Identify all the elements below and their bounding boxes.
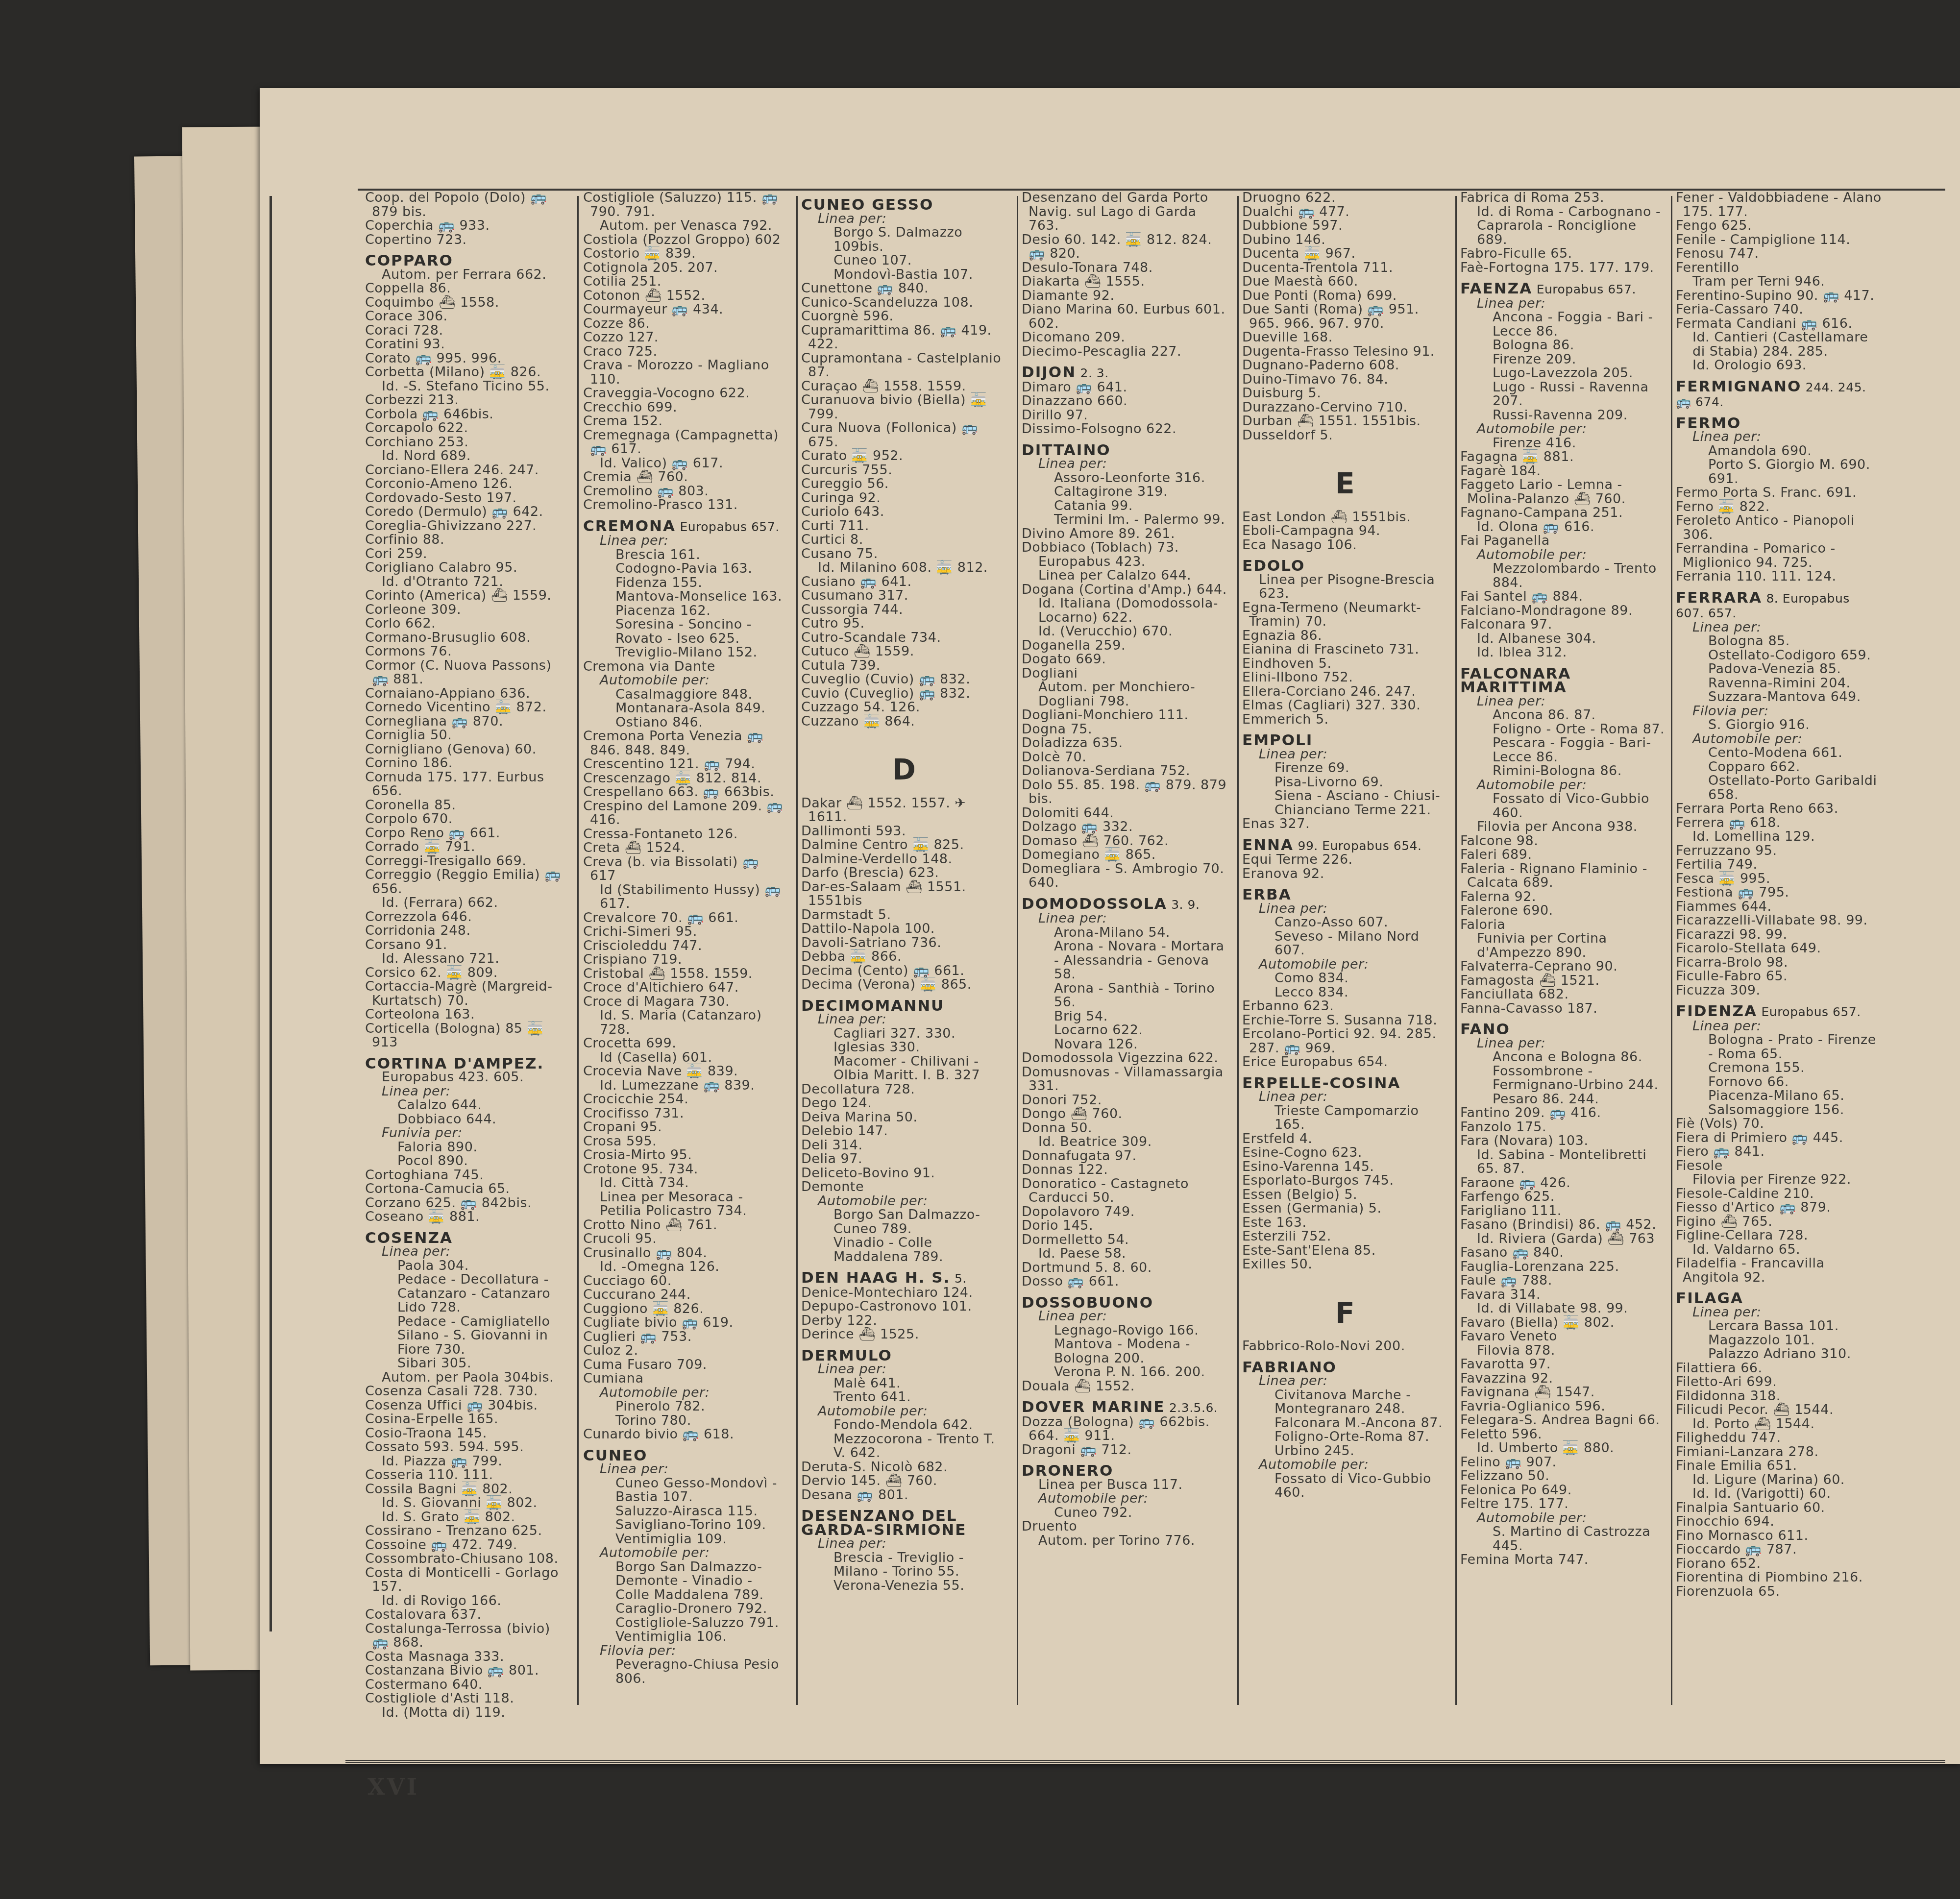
index-sub-entry: Lugo - Russi - Ravenna 207. bbox=[1460, 381, 1666, 409]
index-entry: Dattilo-Napola 100. bbox=[801, 922, 1007, 936]
index-entry: Crotone 95. 734. bbox=[583, 1163, 789, 1177]
index-entry: Ferrania 110. 111. 124. bbox=[1676, 570, 1882, 584]
index-entry: Cupramontana - Castelplanio 87. bbox=[801, 352, 1007, 380]
index-sub-entry: Id. d'Otranto 721. bbox=[365, 575, 571, 589]
index-entry: Costigliole d'Asti 118. bbox=[365, 1692, 571, 1706]
index-entry: Cuzzano 🚋 864. bbox=[801, 715, 1007, 729]
index-entry: Due Santi (Roma) 🚌 951. 965. 966. 967. 9… bbox=[1242, 303, 1448, 331]
index-entry: Criscioleddu 747. bbox=[583, 939, 789, 953]
index-entry: Duisburg 5. bbox=[1242, 387, 1448, 401]
index-sub-entry: Padova-Venezia 85. bbox=[1676, 662, 1882, 677]
index-entry: Decima (Cento) 🚌 661. bbox=[801, 964, 1007, 978]
index-entry: Cornegliana 🚌 870. bbox=[365, 715, 571, 729]
index-entry: Donna 50. bbox=[1022, 1121, 1227, 1136]
station-heading: EDOLO bbox=[1242, 559, 1448, 573]
index-entry: Cuggiono 🚋 826. bbox=[583, 1302, 789, 1316]
index-entry: Fino Mornasco 611. bbox=[1676, 1529, 1882, 1543]
station-heading-name: FERMIGNANO bbox=[1676, 378, 1801, 395]
index-entry: Falerna 92. bbox=[1460, 890, 1666, 904]
index-entry: Crichi-Simeri 95. bbox=[583, 925, 789, 939]
station-heading-name: FERRARA bbox=[1676, 589, 1762, 607]
index-entry: Fiorano 652. bbox=[1676, 1557, 1882, 1571]
index-entry: Craveggia-Vocogno 622. bbox=[583, 387, 789, 401]
index-sub-entry: Ostiano 846. bbox=[583, 716, 789, 730]
index-sub-entry: Linea per: bbox=[365, 1245, 571, 1259]
index-sub-entry: Id. Città 734. bbox=[583, 1176, 789, 1191]
index-sub-entry: Locarno 622. bbox=[1022, 1023, 1227, 1038]
index-sub-entry: Automobile per: bbox=[1242, 958, 1448, 972]
index-entry: Dakar ⛴ 1552. 1557. ✈ 1611. bbox=[801, 797, 1007, 825]
index-entry: Fara (Novara) 103. bbox=[1460, 1134, 1666, 1148]
index-sub-entry: Id. (Motta di) 119. bbox=[365, 1706, 571, 1720]
station-heading: DITTAINO bbox=[1022, 443, 1227, 458]
index-entry: Corace 306. bbox=[365, 310, 571, 324]
index-entry: Felonica Po 649. bbox=[1460, 1484, 1666, 1498]
index-entry: Due Maestà 660. bbox=[1242, 275, 1448, 289]
index-sub-entry: Trieste Campomarzio 165. bbox=[1242, 1104, 1448, 1132]
index-entry: Falvaterra-Ceprano 90. bbox=[1460, 960, 1666, 974]
index-entry: Fabrica di Roma 253. bbox=[1460, 191, 1666, 205]
index-sub-entry: Mondovì-Bastia 107. bbox=[801, 268, 1007, 282]
index-entry: Fai Paganella bbox=[1460, 534, 1666, 548]
column-divider bbox=[1237, 196, 1239, 1705]
index-entry: Crema 152. bbox=[583, 414, 789, 429]
index-sub-entry: Id. Albanese 304. bbox=[1460, 632, 1666, 646]
index-entry: Derince ⛴ 1525. bbox=[801, 1328, 1007, 1342]
index-entry: Ducenta-Trentola 711. bbox=[1242, 261, 1448, 275]
index-entry: Faleria - Rignano Flaminio - Calcata 689… bbox=[1460, 862, 1666, 890]
index-entry: Cormano-Brusuglio 608. bbox=[365, 631, 571, 645]
index-entry: Felizzano 50. bbox=[1460, 1469, 1666, 1484]
index-entry: Cugliate bivio 🚌 619. bbox=[583, 1316, 789, 1330]
index-entry: Esterzili 752. bbox=[1242, 1230, 1448, 1244]
index-entry: Fagagna 🚋 881. bbox=[1460, 450, 1666, 464]
index-entry: Esine-Cogno 623. bbox=[1242, 1146, 1448, 1160]
index-entry: Coseano 🚋 881. bbox=[365, 1210, 571, 1224]
index-sub-entry: Linea per Busca 117. bbox=[1022, 1478, 1227, 1492]
index-entry: Cutro-Scandale 734. bbox=[801, 631, 1007, 645]
index-sub-entry: Catania 99. bbox=[1022, 499, 1227, 513]
index-entry: Dosso 🚌 661. bbox=[1022, 1275, 1227, 1289]
index-entry: Croce d'Altichiero 647. bbox=[583, 981, 789, 995]
index-entry: Faggeto Lario - Lemna - Molina-Palanzo ⛴… bbox=[1460, 478, 1666, 506]
index-entry: Ferrara Porta Reno 663. bbox=[1676, 802, 1882, 816]
page-number: XVI bbox=[367, 1774, 419, 1800]
station-heading: ERPELLE-COSINA bbox=[1242, 1076, 1448, 1091]
index-entry: Ficulle-Fabro 65. bbox=[1676, 970, 1882, 984]
index-sub-entry: Arona-Milano 54. bbox=[1022, 926, 1227, 940]
index-entry: Corticella (Bologna) 85 🚋 913 bbox=[365, 1022, 571, 1050]
index-entry: Domegliara - S. Ambrogio 70. 640. bbox=[1022, 862, 1227, 890]
index-entry: Cuveglio (Cuvio) 🚌 832. bbox=[801, 673, 1007, 687]
index-entry: Fiesso d'Artico 🚌 879. bbox=[1676, 1201, 1882, 1215]
index-entry: Douala ⛴ 1552. bbox=[1022, 1380, 1227, 1394]
index-sub-entry: Automobile per: bbox=[801, 1194, 1007, 1209]
index-sub-entry: Porto S. Giorgio M. 690. 691. bbox=[1676, 458, 1882, 486]
index-entry: Corbezzi 213. bbox=[365, 393, 571, 408]
index-entry: Correzzola 646. bbox=[365, 910, 571, 925]
index-sub-entry: Linea per: bbox=[1676, 1306, 1882, 1320]
index-entry: Corleone 309. bbox=[365, 603, 571, 617]
index-entry: Dorio 145. bbox=[1022, 1219, 1227, 1233]
index-sub-entry: Dobbiaco 644. bbox=[365, 1113, 571, 1127]
index-sub-entry: Linea per: bbox=[1460, 297, 1666, 311]
station-heading-refs: 5. bbox=[950, 1271, 966, 1286]
index-entry: Falcone 98. bbox=[1460, 834, 1666, 849]
station-heading: FAENZA Europabus 657. bbox=[1460, 282, 1666, 297]
index-entry: Dalmine-Verdello 148. bbox=[801, 852, 1007, 867]
index-sub-entry: Automobile per: bbox=[1460, 422, 1666, 437]
index-entry: Diamante 92. bbox=[1022, 289, 1227, 303]
index-sub-entry: Id. Piazza 🚌 799. bbox=[365, 1455, 571, 1469]
index-entry: Cosina-Erpelle 165. bbox=[365, 1412, 571, 1427]
index-entry: Dogna 75. bbox=[1022, 723, 1227, 737]
index-sub-entry: Id. S. Giovanni 🚋 802. bbox=[365, 1496, 571, 1510]
index-sub-entry: Ancona e Bologna 86. bbox=[1460, 1050, 1666, 1065]
index-sub-entry: Borgo S. Dalmazzo 109bis. bbox=[801, 226, 1007, 254]
index-sub-entry: Automobile per: bbox=[583, 1546, 789, 1560]
index-entry: Cremolino-Prasco 131. bbox=[583, 498, 789, 512]
index-entry: Fioccardo 🚌 787. bbox=[1676, 1543, 1882, 1557]
index-entry: Corrado 🚋 791. bbox=[365, 840, 571, 854]
index-entry: Dallimonti 593. bbox=[801, 825, 1007, 839]
index-sub-entry: Peveragno-Chiusa Pesio 806. bbox=[583, 1658, 789, 1686]
index-entry: Fagarè 184. bbox=[1460, 464, 1666, 479]
station-heading-name: FIDENZA bbox=[1676, 1002, 1757, 1020]
index-sub-entry: Firenze 69. bbox=[1242, 761, 1448, 776]
index-sub-entry: Linea per: bbox=[1242, 902, 1448, 916]
index-entry: Cotonon ⛴ 1552. bbox=[583, 289, 789, 303]
index-entry: Costalunga-Terrossa (bivio) 🚌 868. bbox=[365, 1622, 571, 1650]
index-sub-entry: Ancona - Foggia - Bari - Lecce 86. bbox=[1460, 311, 1666, 339]
index-column-1: Coop. del Popolo (Dolo) 🚌 879 bis.Coperc… bbox=[365, 191, 571, 1715]
index-sub-entry: Id. Olona 🚌 616. bbox=[1460, 520, 1666, 535]
index-entry: Ducenta 🚋 967. bbox=[1242, 247, 1448, 261]
index-sub-entry: Ostellato-Codigoro 659. bbox=[1676, 649, 1882, 663]
index-entry: Coraci 728. bbox=[365, 324, 571, 338]
index-entry: Doganella 259. bbox=[1022, 639, 1227, 653]
index-sub-entry: Id. Orologio 693. bbox=[1676, 359, 1882, 373]
index-entry: Felegara-S. Andrea Bagni 66. bbox=[1460, 1413, 1666, 1428]
index-entry: Cornigliano (Genova) 60. bbox=[365, 743, 571, 757]
index-entry: Equi Terme 226. bbox=[1242, 853, 1448, 867]
index-entry: Crocetta 699. bbox=[583, 1037, 789, 1051]
index-entry: Exilles 50. bbox=[1242, 1258, 1448, 1272]
station-heading: DEN HAAG H. S. 5. bbox=[801, 1271, 1007, 1286]
index-sub-entry: Lercara Bassa 101. bbox=[1676, 1319, 1882, 1334]
index-entry: Costiola (Pozzol Groppo) 602 bbox=[583, 233, 789, 247]
index-sub-entry: Mezzolombardo - Trento 884. bbox=[1460, 562, 1666, 590]
index-entry: Eboli-Campagna 94. bbox=[1242, 524, 1448, 538]
index-entry: Fabro-Ficulle 65. bbox=[1460, 247, 1666, 261]
index-sub-entry: Canzo-Asso 607. bbox=[1242, 916, 1448, 930]
index-sub-entry: Pescara - Foggia - Bari-Lecce 86. bbox=[1460, 736, 1666, 764]
index-entry: Finale Emilia 651. bbox=[1676, 1459, 1882, 1473]
index-entry: Farfengo 625. bbox=[1460, 1190, 1666, 1204]
index-sub-entry: Saluzzo-Airasca 115. bbox=[583, 1505, 789, 1519]
index-entry: Famagosta ⛴ 1521. bbox=[1460, 974, 1666, 988]
index-sub-entry: Brig 54. bbox=[1022, 1010, 1227, 1024]
index-entry: Costa Masnaga 333. bbox=[365, 1650, 571, 1664]
index-entry: Fenile - Campiglione 114. bbox=[1676, 233, 1882, 247]
index-entry: Fengo 625. bbox=[1676, 219, 1882, 233]
index-sub-entry: Linea per: bbox=[1242, 1090, 1448, 1104]
index-entry: Fai Santel 🚌 884. bbox=[1460, 590, 1666, 604]
index-entry: Cropani 95. bbox=[583, 1120, 789, 1135]
index-entry: Fiorentina di Piombino 216. bbox=[1676, 1571, 1882, 1585]
index-entry: Cormons 76. bbox=[365, 645, 571, 659]
index-sub-entry: Cremona 155. bbox=[1676, 1061, 1882, 1075]
index-entry: Cotilia 251. bbox=[583, 275, 789, 289]
index-entry: Deli 314. bbox=[801, 1139, 1007, 1153]
index-entry: Dubbione 597. bbox=[1242, 219, 1448, 233]
index-sub-entry: Mantova-Monselice 163. bbox=[583, 590, 789, 604]
station-heading: ENNA 99. Europabus 654. bbox=[1242, 838, 1448, 853]
index-entry: Crusinallo 🚌 804. bbox=[583, 1246, 789, 1261]
station-heading: FABRIANO bbox=[1242, 1361, 1448, 1375]
index-entry: Cremona Porta Venezia 🚌 846. 848. 849. bbox=[583, 730, 789, 757]
index-entry: Deruta-S. Nicolò 682. bbox=[801, 1461, 1007, 1475]
index-entry: Cormor (C. Nuova Passons) 🚌 881. bbox=[365, 659, 571, 687]
index-column-4: Desenzano del Garda Porto Navig. sul Lag… bbox=[1022, 191, 1227, 1715]
index-entry: Cortoghiana 745. bbox=[365, 1169, 571, 1183]
index-sub-entry: Automobile per: bbox=[801, 1405, 1007, 1419]
index-entry: Cristobal ⛴ 1558. 1559. bbox=[583, 967, 789, 981]
index-entry: Cori 259. bbox=[365, 547, 571, 561]
index-sub-entry: Torino 780. bbox=[583, 1414, 789, 1428]
index-entry: Cossoine 🚌 472. 749. bbox=[365, 1538, 571, 1553]
station-heading: DOMODOSSOLA 3. 9. bbox=[1022, 897, 1227, 912]
index-entry: Costigliole (Saluzzo) 115. 🚌 790. 791. bbox=[583, 191, 789, 219]
index-sub-entry: Id. Lomellina 129. bbox=[1676, 830, 1882, 844]
index-entry: Cornuda 175. 177. Eurbus 656. bbox=[365, 771, 571, 799]
station-heading-refs: 2. 3. bbox=[1076, 366, 1109, 380]
index-entry: Corridonia 248. bbox=[365, 924, 571, 938]
index-sub-entry: Brescia 161. bbox=[583, 548, 789, 562]
index-entry: Fiera di Primiero 🚌 445. bbox=[1676, 1131, 1882, 1145]
index-entry: Corigliano Calabro 95. bbox=[365, 561, 571, 575]
index-entry: Dongo ⛴ 760. bbox=[1022, 1107, 1227, 1121]
index-entry: Deliceto-Bovino 91. bbox=[801, 1167, 1007, 1181]
index-entry: Eranova 92. bbox=[1242, 867, 1448, 881]
index-sub-entry: Arona - Novara - Mortara - Alessandria -… bbox=[1022, 940, 1227, 982]
index-sub-entry: Codogno-Pavia 163. bbox=[583, 562, 789, 576]
index-entry: Cuglieri 🚌 753. bbox=[583, 1330, 789, 1344]
index-entry: Fiesole-Caldine 210. bbox=[1676, 1187, 1882, 1201]
index-sub-entry: Magazzolo 101. bbox=[1676, 1334, 1882, 1348]
index-entry: Feria-Cassaro 740. bbox=[1676, 303, 1882, 317]
index-entry: Cupramarittima 86. 🚌 419. 422. bbox=[801, 324, 1007, 352]
index-sub-entry: Id. -S. Stefano Ticino 55. bbox=[365, 380, 571, 394]
index-sub-entry: Cuneo 107. bbox=[801, 254, 1007, 268]
index-entry: Domaso ⛴ 760. 762. bbox=[1022, 834, 1227, 849]
index-entry: Cornaiano-Appiano 636. bbox=[365, 687, 571, 701]
index-entry: Cusano 75. bbox=[801, 547, 1007, 561]
station-heading-name: DOVER MARINE bbox=[1022, 1398, 1165, 1416]
index-entry: Elmas (Cagliari) 327. 330. bbox=[1242, 699, 1448, 713]
page-frame-bottom bbox=[345, 1760, 1945, 1763]
index-entry: Domegiano 🚋 865. bbox=[1022, 848, 1227, 862]
index-sub-entry: Salsomaggiore 156. bbox=[1676, 1103, 1882, 1118]
index-sub-entry: Autom. per Torino 776. bbox=[1022, 1534, 1227, 1548]
index-sub-entry: Lugo-Lavezzola 205. bbox=[1460, 366, 1666, 381]
index-entry: Costa di Monticelli - Gorlago 157. bbox=[365, 1566, 571, 1594]
index-entry: Cremia ⛴ 760. bbox=[583, 470, 789, 485]
index-sub-entry: Linea per: bbox=[1022, 912, 1227, 926]
index-entry: Cussorgia 744. bbox=[801, 603, 1007, 617]
index-column-6: Fabrica di Roma 253.Id. di Roma - Carbog… bbox=[1460, 191, 1666, 1715]
index-entry: Este 163. bbox=[1242, 1216, 1448, 1230]
index-entry: Desio 60. 142. 🚋 812. 824. 🚌 820. bbox=[1022, 233, 1227, 261]
index-entry: Finocchio 694. bbox=[1676, 1515, 1882, 1529]
index-entry: Favaro (Biella) 🚋 802. bbox=[1460, 1316, 1666, 1330]
index-sub-entry: Linea per Pisogne-Brescia 623. bbox=[1242, 573, 1448, 601]
index-sub-entry: Iglesias 330. bbox=[801, 1041, 1007, 1055]
index-entry: Cumiana bbox=[583, 1372, 789, 1386]
index-sub-entry: Fornovo 66. bbox=[1676, 1075, 1882, 1090]
index-entry: Faule 🚌 788. bbox=[1460, 1274, 1666, 1288]
station-heading: CORTINA D'AMPEZ. bbox=[365, 1057, 571, 1071]
index-sub-entry: Macomer - Chilivani - Olbia Maritt. I. B… bbox=[801, 1055, 1007, 1083]
index-entry: Faè-Fortogna 175. 177. 179. bbox=[1460, 261, 1666, 275]
index-entry: Feletto 596. bbox=[1460, 1428, 1666, 1442]
index-sub-entry: Id. di Rovigo 166. bbox=[365, 1594, 571, 1608]
station-heading: DESENZANO DEL GARDA-SIRMIONE bbox=[801, 1509, 1007, 1537]
index-sub-entry: Linea per: bbox=[583, 1462, 789, 1477]
index-entry: Costanzana Bivio 🚌 801. bbox=[365, 1664, 571, 1678]
index-column-7: Fener - Valdobbiadene - Alano 175. 177.F… bbox=[1676, 191, 1882, 1715]
index-entry: Essen (Germania) 5. bbox=[1242, 1202, 1448, 1216]
index-entry: Ferrandina - Pomarico - Miglionico 94. 7… bbox=[1676, 542, 1882, 570]
index-entry: Fiammes 644. bbox=[1676, 900, 1882, 914]
index-sub-entry: Malè 641. bbox=[801, 1377, 1007, 1391]
index-entry: Derby 122. bbox=[801, 1314, 1007, 1328]
index-entry: Cortona-Camucia 65. bbox=[365, 1182, 571, 1196]
index-sub-entry: Id. Riviera (Garda) ⛴ 763 bbox=[1460, 1232, 1666, 1246]
index-sub-entry: Autom. per Venasca 792. bbox=[583, 219, 789, 233]
index-entry: Cozze 86. bbox=[583, 317, 789, 331]
index-sub-entry: Id. S. Grato 🚋 802. bbox=[365, 1510, 571, 1525]
index-entry: Cossato 593. 594. 595. bbox=[365, 1440, 571, 1455]
index-entry: Falciano-Mondragone 89. bbox=[1460, 604, 1666, 618]
station-heading: COSENZA bbox=[365, 1231, 571, 1245]
index-entry: Dubino 146. bbox=[1242, 233, 1448, 247]
index-entry: Dopolavoro 749. bbox=[1022, 1205, 1227, 1219]
index-entry: Crevalcore 70. 🚌 661. bbox=[583, 911, 789, 925]
index-sub-entry: Costigliole-Saluzzo 791. bbox=[583, 1616, 789, 1631]
index-entry: Creta ⛴ 1524. bbox=[583, 841, 789, 855]
index-sub-entry: Siena - Asciano - Chiusi-Chianciano Term… bbox=[1242, 789, 1448, 817]
index-entry: Faleri 689. bbox=[1460, 848, 1666, 862]
index-entry: East London ⛴ 1551bis. bbox=[1242, 511, 1448, 525]
index-entry: Fauglia-Lorenzana 225. bbox=[1460, 1260, 1666, 1274]
index-entry: Crosa 595. bbox=[583, 1135, 789, 1149]
index-sub-entry: Vinadio - Colle Maddalena 789. bbox=[801, 1236, 1007, 1264]
index-entry: Cusumano 317. bbox=[801, 589, 1007, 603]
index-sub-entry: Lecco 834. bbox=[1242, 986, 1448, 1000]
index-entry: Fildidonna 318. bbox=[1676, 1389, 1882, 1404]
index-entry: Ficarolo-Stellata 649. bbox=[1676, 942, 1882, 956]
index-sub-entry: Russi-Ravenna 209. bbox=[1460, 409, 1666, 423]
index-sub-entry: Borgo San Dalmazzo-Cuneo 789. bbox=[801, 1208, 1007, 1236]
index-entry: Curaçao ⛴ 1558. 1559. bbox=[801, 380, 1007, 394]
index-entry: Fasano 🚌 840. bbox=[1460, 1246, 1666, 1260]
index-entry: Cusiano 🚌 641. bbox=[801, 575, 1007, 589]
index-sub-entry: Arona - Santhià - Torino 56. bbox=[1022, 982, 1227, 1010]
index-sub-entry: Linea per: bbox=[1022, 1310, 1227, 1324]
index-entry: Crucoli 95. bbox=[583, 1232, 789, 1246]
index-entry: Costalovara 637. bbox=[365, 1608, 571, 1622]
index-entry: Dualchi 🚌 477. bbox=[1242, 205, 1448, 219]
station-heading-refs: 99. Europabus 654. bbox=[1294, 839, 1421, 853]
index-entry: Dugenta-Frasso Telesino 91. bbox=[1242, 345, 1448, 359]
index-entry: Dogliani-Monchiero 111. bbox=[1022, 708, 1227, 723]
index-entry: Erice Europabus 654. bbox=[1242, 1055, 1448, 1070]
index-entry: Doladizza 635. bbox=[1022, 736, 1227, 751]
index-entry: Corteolona 163. bbox=[365, 1008, 571, 1022]
index-sub-entry: Suzzara-Mantova 649. bbox=[1676, 690, 1882, 705]
index-entry: Egna-Termeno (Neumarkt-Tramin) 70. bbox=[1242, 601, 1448, 629]
index-sub-entry: Bologna 86. bbox=[1460, 339, 1666, 353]
index-entry: Figino ⛴ 765. bbox=[1676, 1215, 1882, 1229]
index-sub-entry: Pedace - Camigliatello Silano - S. Giova… bbox=[365, 1315, 571, 1357]
index-entry: Favara 314. bbox=[1460, 1288, 1666, 1302]
index-entry: Eca Nasago 106. bbox=[1242, 538, 1448, 553]
station-heading: FERMO bbox=[1676, 416, 1882, 431]
index-entry: Crescenzago 🚋 812. 814. bbox=[583, 772, 789, 786]
index-entry: Coperchia 🚌 933. bbox=[365, 219, 571, 233]
station-heading: CUNEO bbox=[583, 1449, 789, 1463]
index-entry: Corcapolo 622. bbox=[365, 421, 571, 436]
index-sub-entry: Automobile per: bbox=[1460, 1511, 1666, 1526]
index-sub-entry: Falconara M.-Ancona 87. bbox=[1242, 1416, 1448, 1431]
index-entry: Emmerich 5. bbox=[1242, 713, 1448, 727]
index-entry: Fasano (Brindisi) 86. 🚌 452. bbox=[1460, 1218, 1666, 1232]
index-column-3: CUNEO GESSOLinea per:Borgo S. Dalmazzo 1… bbox=[801, 191, 1007, 1715]
index-entry: Corato 🚌 995. 996. bbox=[365, 352, 571, 366]
section-letter: E bbox=[1242, 477, 1448, 491]
index-sub-entry: Fossato di Vico-Gubbio 460. bbox=[1460, 792, 1666, 820]
station-heading: ERBA bbox=[1242, 888, 1448, 902]
index-sub-entry: Novara 126. bbox=[1022, 1038, 1227, 1052]
index-entry: Crava - Morozzo - Magliano 110. bbox=[583, 359, 789, 387]
index-sub-entry: Trento 641. bbox=[801, 1390, 1007, 1405]
index-sub-entry: Savigliano-Torino 109. bbox=[583, 1518, 789, 1533]
index-entry: Curanuova bivio (Biella) 🚋 799. bbox=[801, 393, 1007, 421]
station-heading-name: CREMONA bbox=[583, 517, 676, 535]
index-entry: Cornedo Vicentino 🚋 872. bbox=[365, 701, 571, 715]
index-entry: Curiolo 643. bbox=[801, 505, 1007, 519]
index-entry: Dimaro 🚌 641. bbox=[1022, 381, 1227, 395]
index-sub-entry: Linea per: bbox=[1460, 695, 1666, 709]
station-heading: FERRARA 8. Europabus 607. 657. bbox=[1676, 591, 1882, 621]
index-entry: Cunettone 🚌 840. bbox=[801, 282, 1007, 296]
index-entry: Correggio (Reggio Emilia) 🚌 656. bbox=[365, 868, 571, 896]
index-entry: Fertilia 749. bbox=[1676, 858, 1882, 872]
index-entry: Durazzano-Cervino 710. bbox=[1242, 401, 1448, 415]
station-heading-refs: Europabus 657. bbox=[676, 520, 780, 534]
index-sub-entry: Paola 304. bbox=[365, 1259, 571, 1273]
index-entry: Eianina di Frascineto 731. bbox=[1242, 643, 1448, 657]
index-entry: Delebio 147. bbox=[801, 1124, 1007, 1139]
index-entry: Crosia-Mirto 95. bbox=[583, 1148, 789, 1163]
section-letter: D bbox=[801, 763, 1007, 777]
index-entry: Fagnano-Campana 251. bbox=[1460, 506, 1666, 520]
index-entry: Cosenza Casali 728. 730. bbox=[365, 1385, 571, 1399]
index-entry: Ferentino-Supino 90. 🚌 417. bbox=[1676, 289, 1882, 303]
index-entry: Ercolano-Portici 92. 94. 285. 287. 🚌 969… bbox=[1242, 1027, 1448, 1055]
index-entry: Filicudi Pecor. ⛴ 1544. bbox=[1676, 1403, 1882, 1417]
